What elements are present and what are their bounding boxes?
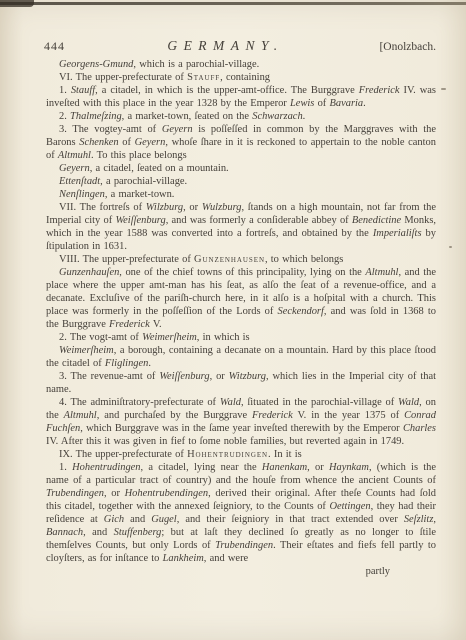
page-body: Georgens-Gmund, which is a parochial-vil… [46, 58, 436, 565]
body-paragraph: Weimerſheim, a borough, containing a dec… [46, 344, 436, 370]
scanned-book-page: 444 GERMANY. [Onolzbach. Georgens-Gmund,… [0, 0, 466, 640]
body-paragraph: Geyern, a citadel, ſeated on a mountain. [46, 162, 436, 175]
scan-speck [441, 88, 446, 90]
body-paragraph: IX. The upper-prefecturate of Hohentrudi… [46, 448, 436, 461]
scan-speck [449, 246, 452, 248]
body-paragraph: VII. The fortreſs of Wilzburg, or Wulzbu… [46, 201, 436, 253]
body-paragraph: 4. The adminiſtratory-prefecturate of Wa… [46, 396, 436, 448]
header-signature: [Onolzbach. [379, 41, 436, 53]
body-paragraph: 2. The vogt-amt of Weimerſheim, in which… [46, 331, 436, 344]
page-number: 444 [44, 39, 65, 54]
running-title: GERMANY. [65, 38, 379, 54]
body-paragraph: VI. The upper-prefecturate of Stauff, co… [46, 71, 436, 84]
page-top-edge-line [0, 2, 466, 5]
body-paragraph: 1. Hohentrudingen, a citadel, lying near… [46, 461, 436, 565]
body-paragraph: 1. Stauff, a citadel, in which is the up… [46, 84, 436, 110]
body-paragraph: 2. Thalmeſzing, a market-town, ſeated on… [46, 110, 436, 123]
body-paragraph: Nenſlingen, a market-town. [46, 188, 436, 201]
body-paragraph: 3. The revenue-amt of Weiſſenburg, or Wi… [46, 370, 436, 396]
body-paragraph: Gunzenhauſen, one of the chief towns of … [46, 266, 436, 331]
page-header: 444 GERMANY. [Onolzbach. [44, 38, 436, 54]
body-paragraph: VIII. The upper-prefecturate of Gunzenha… [46, 253, 436, 266]
body-paragraph: Ettenſtadt, a parochial-village. [46, 175, 436, 188]
body-paragraph: Georgens-Gmund, which is a parochial-vil… [46, 58, 436, 71]
catchword: partly [0, 565, 406, 578]
body-paragraph: 3. The vogtey-amt of Geyern is poſſeſſed… [46, 123, 436, 162]
scan-artifact [0, 0, 34, 7]
